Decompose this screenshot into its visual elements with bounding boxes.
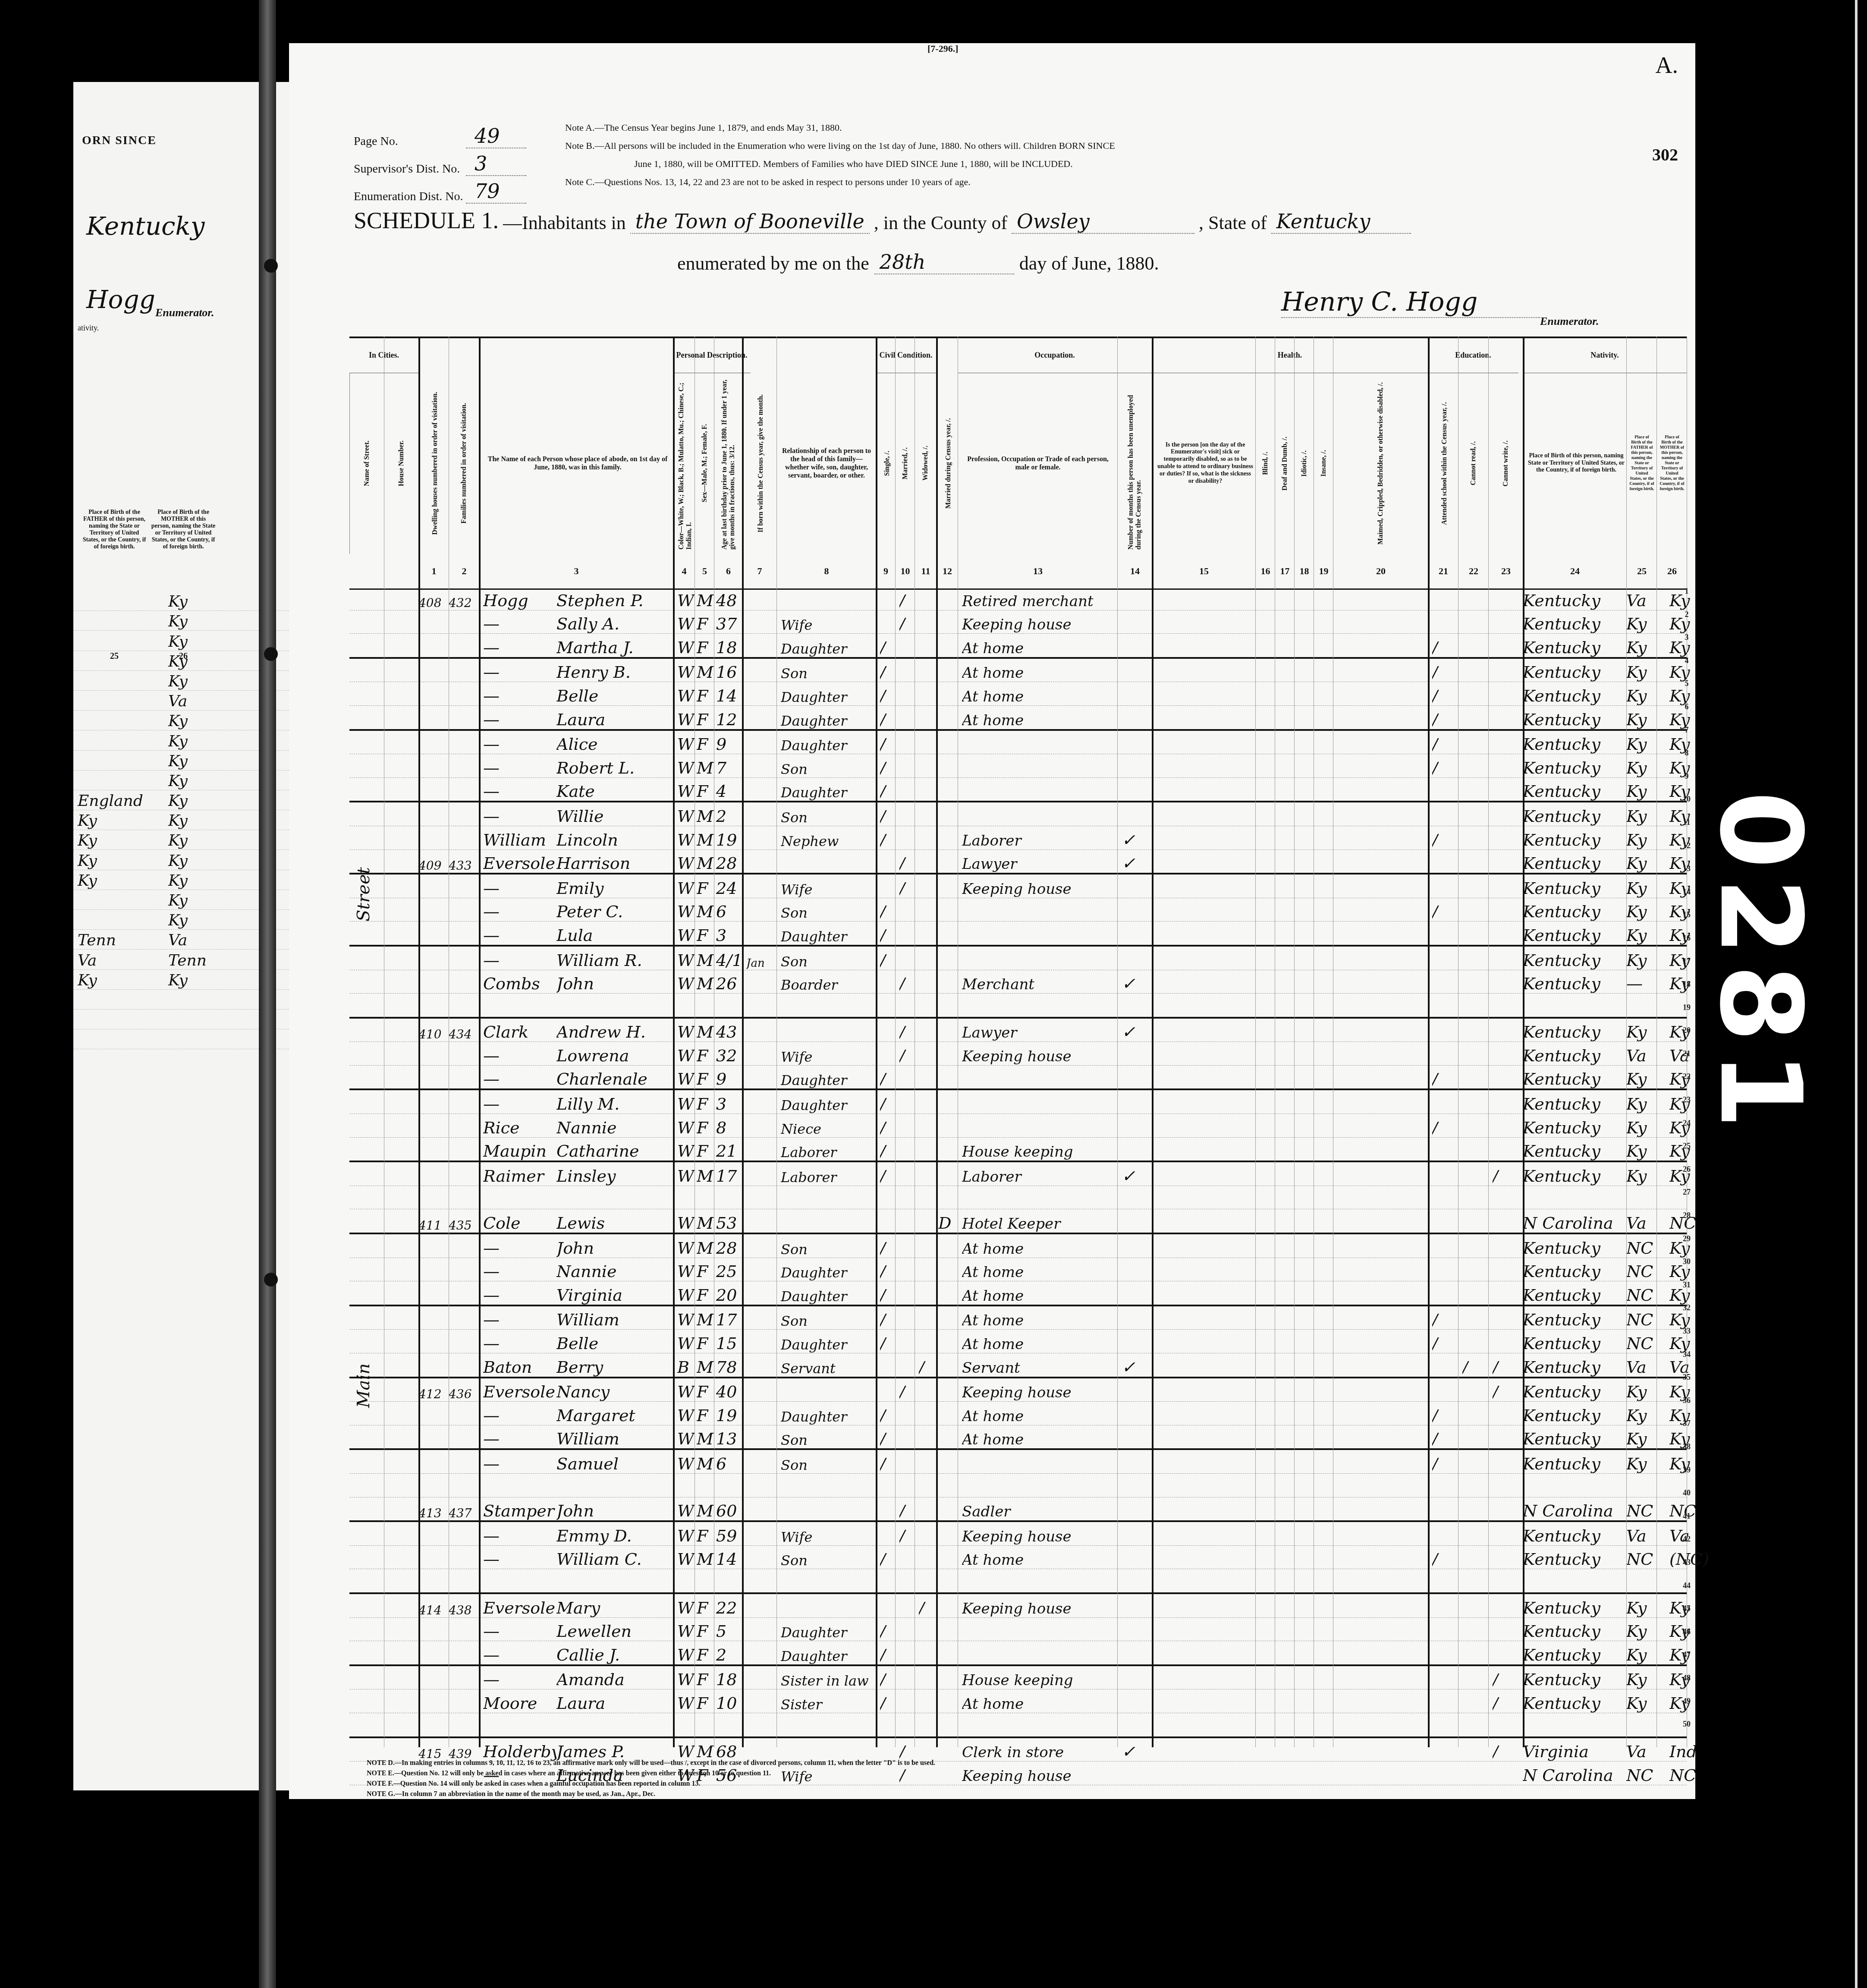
line-number: 26 — [1678, 1165, 1695, 1188]
cell-divorced — [938, 778, 956, 802]
cell-surname: — — [483, 1522, 556, 1546]
cell-divorced — [938, 1306, 956, 1331]
cell-single: / — [880, 634, 897, 658]
cell-color: W — [677, 1042, 695, 1066]
cell-given: Lula — [556, 922, 673, 946]
cell-divorced — [938, 1162, 956, 1186]
cell-school: / — [1432, 706, 1458, 730]
table-row: —BelleWF15Daughter/At home/KentuckyNCKy — [349, 1330, 1687, 1353]
mother-birthplace: Ky — [164, 832, 255, 849]
cell-widowed — [919, 1066, 936, 1090]
cell-given: Peter C. — [556, 898, 673, 922]
cell-sex: F — [697, 1402, 714, 1426]
previous-page-row: Ky — [73, 611, 289, 631]
cell-school — [1432, 1353, 1458, 1378]
cell-single: / — [880, 1114, 897, 1138]
cell-color — [677, 994, 695, 1018]
mother-birthplace: Ky — [164, 673, 255, 690]
cell-widowed — [919, 947, 936, 971]
cell-sex: F — [697, 1330, 714, 1354]
cell-divorced — [938, 659, 956, 683]
cell-month — [746, 634, 776, 658]
cell-month — [746, 1209, 776, 1233]
cell-sex: F — [697, 1090, 714, 1114]
cell-widowed: / — [919, 1353, 936, 1378]
cell-occ — [962, 1114, 1117, 1138]
cell-divorced — [938, 898, 956, 922]
cell-month — [746, 802, 776, 827]
cell-read — [1462, 1641, 1488, 1665]
cell-age: 28 — [716, 1234, 742, 1258]
cell-single: / — [880, 778, 897, 802]
cell-given: Amanda — [556, 1666, 673, 1690]
cell-dwelling — [418, 1353, 449, 1378]
cell-month — [746, 706, 776, 730]
cell-unemp — [1122, 874, 1147, 899]
cell-occ: At home — [962, 1546, 1117, 1570]
cell-surname: — — [483, 1258, 556, 1282]
cell-dwelling — [418, 1162, 449, 1186]
binding-hole-icon — [264, 1273, 278, 1287]
cell-widowed — [919, 1138, 936, 1162]
cell-given: Margaret — [556, 1402, 673, 1426]
cell-family — [449, 1522, 479, 1546]
cell-unemp: ✓ — [1122, 1738, 1147, 1762]
cell-age: 32 — [716, 1042, 742, 1066]
cell-divorced — [938, 1497, 956, 1522]
cell-age: 14 — [716, 1546, 742, 1570]
cell-sex: M — [697, 754, 714, 778]
line-number: 23 — [1678, 1095, 1695, 1119]
cell-surname — [483, 1569, 556, 1593]
cell-age: 40 — [716, 1378, 742, 1403]
cell-school — [1432, 1474, 1458, 1498]
cell-age: 24 — [716, 874, 742, 899]
cell-single: / — [880, 898, 897, 922]
cell-married: / — [899, 1042, 917, 1066]
cell-divorced — [938, 1522, 956, 1546]
cell-occ — [962, 1569, 1117, 1593]
cell-sex: M — [697, 1019, 714, 1043]
cell-age: 6 — [716, 898, 742, 922]
cell-family — [449, 1618, 479, 1642]
cell-unemp — [1122, 802, 1147, 827]
line-number: 35 — [1678, 1373, 1695, 1396]
cell-widowed: / — [919, 1594, 936, 1618]
cell-month — [746, 1090, 776, 1114]
table-row: 411435ColeLewisWM53DHotel KeeperN Caroli… — [349, 1209, 1687, 1234]
cell-color — [677, 1474, 695, 1498]
cell-family — [449, 1330, 479, 1354]
cell-married — [899, 898, 917, 922]
previous-page-row: Ky — [73, 771, 289, 790]
cell-month — [746, 659, 776, 683]
cell-occ: At home — [962, 682, 1117, 706]
cell-read — [1462, 659, 1488, 683]
cell-dwelling — [418, 1306, 449, 1331]
cell-month — [746, 994, 776, 1018]
cell-single: / — [880, 706, 897, 730]
cell-write — [1493, 802, 1518, 827]
cell-dwelling — [418, 1402, 449, 1426]
cell-write — [1493, 587, 1518, 611]
cell-divorced — [938, 994, 956, 1018]
cell-rel: Daughter — [781, 706, 876, 730]
cell-rel: Daughter — [781, 1090, 876, 1114]
cell-dwelling — [418, 778, 449, 802]
cell-rel — [781, 850, 876, 874]
cell-read — [1462, 1090, 1488, 1114]
cell-divorced — [938, 634, 956, 658]
cell-divorced — [938, 1186, 956, 1210]
cell-given: Stephen P. — [556, 587, 673, 611]
cell-single: / — [880, 1090, 897, 1114]
cell-color: W — [677, 1019, 695, 1043]
cell-write — [1493, 1234, 1518, 1258]
supervisor-dist-label: Supervisor's Dist. No. — [354, 162, 466, 176]
cell-month — [746, 970, 776, 994]
cell-divorced — [938, 1402, 956, 1426]
cell-family: 433 — [449, 850, 479, 874]
cell-unemp: ✓ — [1122, 1019, 1147, 1043]
cell-occ: Servant — [962, 1353, 1117, 1378]
cell-given: Catharine — [556, 1138, 673, 1162]
line-number: 24 — [1678, 1119, 1695, 1142]
cell-given: Martha J. — [556, 634, 673, 658]
cell-school: / — [1432, 1066, 1458, 1090]
line-number: 46 — [1678, 1627, 1695, 1651]
table-row: —Emmy D.WF59Wife/Keeping houseKentuckyVa… — [349, 1522, 1687, 1546]
cell-rel — [781, 1594, 876, 1618]
cell-read — [1462, 898, 1488, 922]
previous-page-rows: KyKyKyKyKyVaKyKyKyKyEnglandKyKyKyKyKyKyK… — [73, 591, 289, 1049]
cell-family — [449, 1042, 479, 1066]
cell-surname: Eversole — [483, 850, 556, 874]
col-name-header: The Name of each Person whose place of a… — [479, 373, 675, 554]
cell-read — [1462, 1186, 1488, 1210]
cell-widowed — [919, 1666, 936, 1690]
cell-sex: F — [697, 1138, 714, 1162]
line-number: 19 — [1678, 1003, 1695, 1026]
cell-single — [880, 1569, 897, 1593]
cell-married — [899, 826, 917, 850]
instruction-notes: Note A.—The Census Year begins June 1, 1… — [565, 119, 1115, 191]
group-occupation: Occupation. — [958, 338, 1152, 373]
mother-birthplace: Ky — [164, 812, 255, 830]
cell-family — [449, 1186, 479, 1210]
mother-birthplace: Tenn — [164, 952, 255, 969]
col-cannot-read-header: Cannot read, /. — [1458, 373, 1489, 554]
cell-sex: M — [697, 1546, 714, 1570]
state-label: , State of — [1199, 212, 1267, 234]
cell-family — [449, 826, 479, 850]
cell-color: W — [677, 922, 695, 946]
cell-single: / — [880, 1666, 897, 1690]
cell-rel: Laborer — [781, 1138, 876, 1162]
column-number: 12 — [936, 556, 958, 586]
col-month-header: If born within the Census year, give the… — [742, 373, 778, 554]
note-d: NOTE D.—In making entries in columns 9, … — [367, 1758, 935, 1768]
cell-surname: — — [483, 1090, 556, 1114]
cell-dwelling — [418, 1474, 449, 1498]
cell-widowed — [919, 754, 936, 778]
cell-age: 7 — [716, 754, 742, 778]
cell-color: W — [677, 1066, 695, 1090]
cell-divorced — [938, 1378, 956, 1403]
cell-sex: M — [697, 1209, 714, 1233]
column-number: 10 — [895, 556, 915, 586]
line-number: 5 — [1678, 679, 1695, 702]
cell-widowed — [919, 1378, 936, 1403]
cell-surname: — — [483, 610, 556, 635]
cell-occ — [962, 1090, 1117, 1114]
cell-married — [899, 706, 917, 730]
cell-rel: Daughter — [781, 778, 876, 802]
previous-page-row: Ky — [73, 890, 289, 910]
cell-surname: — — [483, 731, 556, 755]
cell-sex: F — [697, 706, 714, 730]
line-number: 20 — [1678, 1026, 1695, 1049]
cell-single — [880, 1019, 897, 1043]
cell-dwelling — [418, 1641, 449, 1665]
cell-single: / — [880, 947, 897, 971]
cell-sex: F — [697, 1594, 714, 1618]
cell-given: William — [556, 1306, 673, 1331]
cell-divorced — [938, 731, 956, 755]
cell-single — [880, 1353, 897, 1378]
cell-surname: Combs — [483, 970, 556, 994]
cell-month — [746, 1713, 776, 1737]
cell-month — [746, 1234, 776, 1258]
cell-color: W — [677, 778, 695, 802]
cell-occ: Laborer — [962, 1162, 1117, 1186]
cell-married — [899, 994, 917, 1018]
cell-read — [1462, 970, 1488, 994]
cell-age: 28 — [716, 850, 742, 874]
cell-unemp: ✓ — [1122, 1353, 1147, 1378]
column-number: 16 — [1255, 556, 1275, 586]
enumeration-day: 28th — [874, 250, 1014, 274]
cell-given: Henry B. — [556, 659, 673, 683]
cell-divorced — [938, 1019, 956, 1043]
cell-rel: Son — [781, 659, 876, 683]
cell-read: / — [1462, 1353, 1488, 1378]
table-row: —NannieWF25Daughter/At homeKentuckyNCKy — [349, 1258, 1687, 1282]
cell-sex: F — [697, 1689, 714, 1714]
cell-married — [899, 1474, 917, 1498]
cell-school — [1432, 1378, 1458, 1403]
cell-color: W — [677, 1689, 695, 1714]
father-birthplace: Ky — [73, 812, 164, 830]
cell-read — [1462, 1594, 1488, 1618]
mother-birthplace: Va — [164, 931, 255, 949]
cell-age: 78 — [716, 1353, 742, 1378]
cell-school — [1432, 970, 1458, 994]
cell-age: 9 — [716, 731, 742, 755]
cell-write — [1493, 1762, 1518, 1786]
cell-dwelling — [418, 1689, 449, 1714]
col-street-header: Name of Street. — [349, 373, 384, 554]
binding-hole-icon — [264, 647, 278, 661]
cell-divorced — [938, 1689, 956, 1714]
cell-married — [899, 1186, 917, 1210]
cell-school — [1432, 1689, 1458, 1714]
table-row: 409433EversoleHarrisonWM28/Lawyer✓Kentuc… — [349, 850, 1687, 875]
enumerator-signature: Henry C. Hogg — [1281, 287, 1540, 318]
cell-read — [1462, 1666, 1488, 1690]
cell-read — [1462, 1762, 1488, 1786]
cell-read — [1462, 1713, 1488, 1737]
cell-widowed — [919, 1450, 936, 1474]
cell-sex: F — [697, 1522, 714, 1546]
cell-single: / — [880, 682, 897, 706]
cell-rel: Son — [781, 1425, 876, 1450]
mother-birthplace: Ky — [164, 872, 255, 890]
cell-unemp — [1122, 634, 1147, 658]
cell-write — [1493, 682, 1518, 706]
cell-given: William R. — [556, 947, 673, 971]
cell-occ: At home — [962, 1425, 1117, 1450]
cell-divorced — [938, 1641, 956, 1665]
table-row: WilliamLincolnWM19Nephew/Laborer✓/Kentuc… — [349, 826, 1687, 850]
cell-single: / — [880, 1425, 897, 1450]
cell-given: Andrew H. — [556, 1019, 673, 1043]
cell-school — [1432, 874, 1458, 899]
cell-dwelling — [418, 874, 449, 899]
line-number: 37 — [1678, 1419, 1695, 1442]
cell-write — [1493, 850, 1518, 874]
father-birthplace: England — [73, 792, 164, 810]
cell-school — [1432, 922, 1458, 946]
cell-month — [746, 1497, 776, 1522]
district-info: Page No.49 Supervisor's Dist. No.3 Enume… — [354, 121, 526, 204]
cell-given: Belle — [556, 682, 673, 706]
col-cannot-write-header: Cannot write, /. — [1488, 373, 1523, 554]
cell-occ: At home — [962, 1689, 1117, 1714]
cell-family — [449, 731, 479, 755]
previous-page-row: KyKy — [73, 850, 289, 870]
cell-family — [449, 1641, 479, 1665]
column-number: 11 — [915, 556, 937, 586]
cell-color: W — [677, 1114, 695, 1138]
previous-page-row: VaTenn — [73, 950, 289, 969]
cell-family — [449, 1066, 479, 1090]
cell-dwelling — [418, 1258, 449, 1282]
cell-single: / — [880, 1330, 897, 1354]
cell-family — [449, 947, 479, 971]
cell-single — [880, 587, 897, 611]
cell-color: W — [677, 850, 695, 874]
cell-given: Charlenale — [556, 1066, 673, 1090]
column-number: 17 — [1275, 556, 1295, 586]
cell-surname: — — [483, 706, 556, 730]
cell-school — [1432, 1594, 1458, 1618]
cell-married — [899, 1569, 917, 1593]
column-number: 1 — [418, 556, 449, 586]
cell-married — [899, 1713, 917, 1737]
cell-widowed — [919, 1234, 936, 1258]
cell-dwelling — [418, 1666, 449, 1690]
cell-school — [1432, 587, 1458, 611]
cell-age: 19 — [716, 826, 742, 850]
cell-occ: At home — [962, 1281, 1117, 1305]
cell-single: / — [880, 922, 897, 946]
cell-color: B — [677, 1353, 695, 1378]
cell-sex: F — [697, 1066, 714, 1090]
cell-given: John — [556, 1497, 673, 1522]
cell-read — [1462, 1209, 1488, 1233]
cell-divorced — [938, 922, 956, 946]
line-number: 47 — [1678, 1650, 1695, 1673]
cell-dwelling — [418, 1618, 449, 1642]
cell-unemp — [1122, 587, 1147, 611]
cell-month — [746, 874, 776, 899]
cell-unemp — [1122, 1546, 1147, 1570]
cell-write — [1493, 1450, 1518, 1474]
cell-married — [899, 659, 917, 683]
table-row — [349, 1474, 1687, 1497]
table-row: MooreLauraWF10Sister/At home/KentuckyKyK… — [349, 1689, 1687, 1713]
cell-occ: House keeping — [962, 1666, 1117, 1690]
cell-color: W — [677, 1522, 695, 1546]
cell-widowed — [919, 1186, 936, 1210]
cell-married: / — [899, 587, 917, 611]
column-number: 7 — [742, 556, 777, 586]
cell-given: William — [556, 1425, 673, 1450]
cell-write — [1493, 1042, 1518, 1066]
cell-single — [880, 1713, 897, 1737]
cell-sex: F — [697, 634, 714, 658]
cell-sex: F — [697, 610, 714, 635]
col-sickness-header: Is the person [on the day of the Enumera… — [1152, 373, 1257, 554]
cell-rel: Laborer — [781, 1162, 876, 1186]
cell-given: Lilly M. — [556, 1090, 673, 1114]
page-no-label: Page No. — [354, 135, 466, 148]
cell-given: Nancy — [556, 1378, 673, 1403]
cell-sex: M — [697, 1306, 714, 1331]
cell-single: / — [880, 1258, 897, 1282]
cell-dwelling: 412 — [418, 1378, 449, 1403]
cell-surname: Hogg — [483, 587, 556, 611]
cell-color: W — [677, 1402, 695, 1426]
cell-single: / — [880, 1546, 897, 1570]
cell-unemp — [1122, 706, 1147, 730]
cell-married — [899, 634, 917, 658]
col-married-year-header: Married during Census year, /. — [936, 373, 959, 554]
cell-married — [899, 1425, 917, 1450]
father-birthplace: Tenn — [73, 931, 164, 949]
cell-unemp — [1122, 947, 1147, 971]
cell-occ — [962, 1450, 1117, 1474]
cell-month — [746, 1522, 776, 1546]
cell-family — [449, 1402, 479, 1426]
cell-month — [746, 1689, 776, 1714]
line-number: 9 — [1678, 772, 1695, 795]
mother-birthplace: Ky — [164, 712, 255, 730]
cell-surname: — — [483, 778, 556, 802]
cell-sex: F — [697, 1666, 714, 1690]
previous-col25-header: Place of Birth of the FATHER of this per… — [82, 509, 147, 551]
cell-color: W — [677, 1209, 695, 1233]
table-row: —WilliamWM17Son/At home/KentuckyNCKy — [349, 1306, 1687, 1330]
cell-family: 432 — [449, 587, 479, 611]
cell-married — [899, 1138, 917, 1162]
cell-read — [1462, 1474, 1488, 1498]
cell-sex — [697, 1569, 714, 1593]
col-relationship-header: Relationship of each person to the head … — [776, 373, 876, 554]
form-code: [7-296.] — [927, 43, 958, 54]
cell-widowed — [919, 1474, 936, 1498]
